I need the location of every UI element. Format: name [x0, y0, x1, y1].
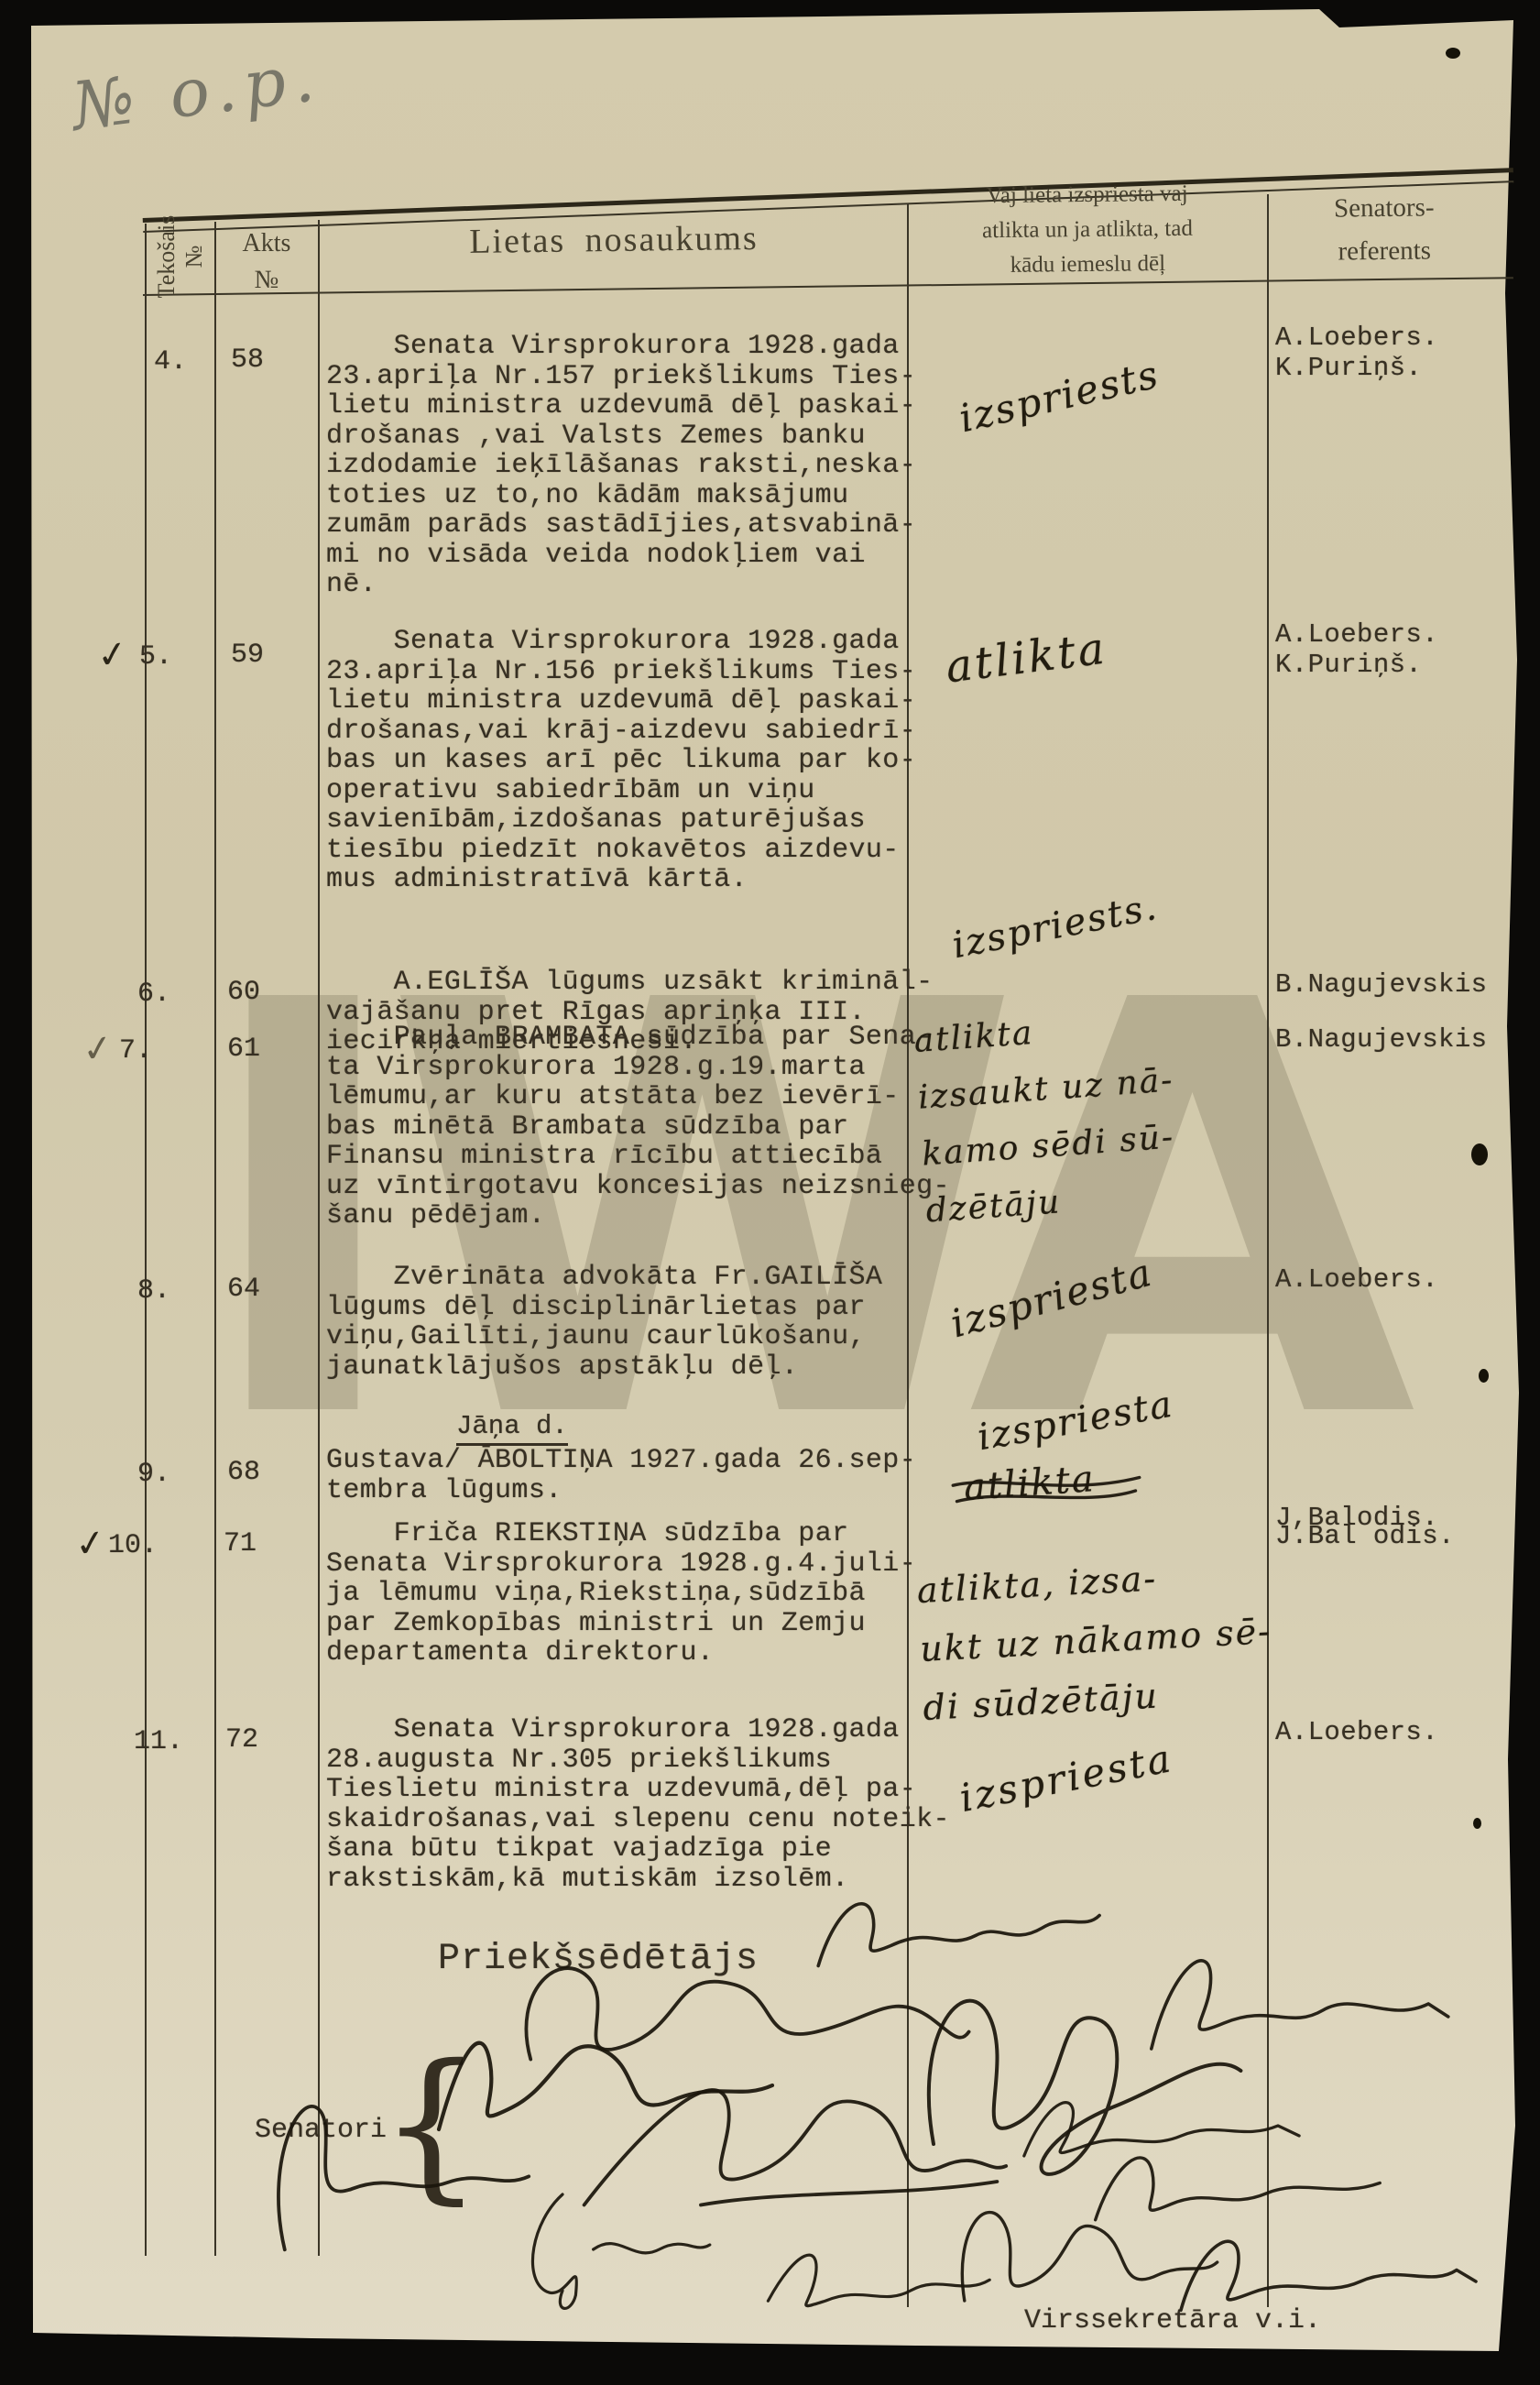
- row-akts-number: 64: [227, 1274, 260, 1305]
- inserted-correction: Jāņa d.: [456, 1411, 568, 1446]
- row-case-description: Pauļa BRAMBATA sūdzība par Sena- ta Virs…: [326, 1023, 950, 1231]
- row-current-number: 8.: [137, 1275, 170, 1307]
- row-current-number: 4.: [154, 346, 187, 377]
- row-case-description: Zvērināta advokāta Fr.GAILĪŠA lūgums dēļ…: [326, 1263, 882, 1382]
- row-case-description: Senata Virsprokurora 1928.gada 23.apriļa…: [326, 332, 916, 600]
- table-left-border: [145, 224, 147, 2256]
- row-current-number: 6.: [137, 979, 170, 1010]
- row-case-description: Gustava/ ĀBOLTIŅA 1927.gada 26.sep- temb…: [326, 1446, 916, 1505]
- row-akts-number: 58: [231, 345, 264, 376]
- row-akts-number: 61: [227, 1034, 260, 1065]
- row-status-handwritten: atlikta: [943, 622, 1109, 693]
- row-senator-referent: B.Nagujevskis: [1275, 969, 1487, 1000]
- signature-purins: [1125, 1933, 1455, 2062]
- row-akts-number: 59: [231, 640, 264, 671]
- header-separator-rule: [143, 277, 1513, 296]
- scanned-register-page: № o.p. IWA Tekošais № Akts № Lietas nosa…: [0, 0, 1540, 2385]
- checkmark: ✓: [80, 1026, 116, 1072]
- row-senator-referent: A.Loebers. K.Puriņš.: [1275, 323, 1438, 383]
- row-status-handwritten: atlikta izsaukt uz nā- kamo sēdi sū- dzē…: [912, 996, 1184, 1241]
- checkmark: ✓: [94, 632, 131, 678]
- signature-gubens: [1162, 2213, 1482, 2327]
- row-akts-number: 71: [224, 1528, 257, 1559]
- header-senator-referent: Senators- referents: [1270, 186, 1500, 275]
- row-current-number: 5.: [139, 641, 172, 673]
- content-layer: № o.p. IWA Tekošais № Akts № Lietas nosa…: [0, 0, 1540, 2385]
- row-case-description: Senata Virsprokurora 1928.gada 28.august…: [326, 1715, 950, 1894]
- col-divider-akts-case: [318, 220, 320, 2256]
- signature-zelles: [497, 2181, 716, 2318]
- row-current-number: 9.: [137, 1459, 170, 1490]
- header-current-number: Tekošais №: [153, 188, 208, 325]
- ink-speck: [1479, 1369, 1489, 1383]
- checkmark: ✓: [72, 1521, 109, 1567]
- row-case-description: Senata Virsprokurora 1928.gada 23.apriļa…: [326, 627, 916, 895]
- row-senator-referent: B.Nagujevskis: [1275, 1024, 1487, 1055]
- row-status-handwritten: izspriests: [955, 352, 1163, 442]
- pencil-annotation: № o.p.: [68, 38, 325, 146]
- row-current-number: 11.: [134, 1726, 183, 1757]
- row-current-number: 10.: [108, 1530, 158, 1561]
- row-status-handwritten: izspriesta: [956, 1735, 1176, 1821]
- row-case-description: Friča RIEKSTIŅA sūdzība par Senata Virsp…: [326, 1519, 916, 1668]
- strike-through-scribble: [949, 1464, 1143, 1517]
- row-senator-referent: J.Bal odis.: [1275, 1521, 1455, 1551]
- row-status-handwritten: atlikta, izsa- ukt uz nākamo sē- di sūdz…: [915, 1543, 1276, 1737]
- ink-speck: [1473, 1818, 1481, 1829]
- ink-speck: [1471, 1143, 1488, 1165]
- header-status: Vaj lieta izspriesta vaj atlikta un ja a…: [908, 176, 1266, 284]
- col-divider-current-akts: [214, 222, 216, 2256]
- row-akts-number: 68: [227, 1457, 260, 1488]
- row-akts-number: 60: [227, 977, 260, 1008]
- header-case-title: Lietas nosaukums: [321, 216, 907, 264]
- row-current-number: 7.: [119, 1035, 152, 1067]
- header-akts-number: Akts №: [216, 225, 317, 299]
- signature-senator-left: [203, 2073, 542, 2256]
- row-akts-number: 72: [225, 1724, 258, 1756]
- row-senator-referent: A.Loebers.: [1275, 1717, 1438, 1747]
- row-senator-referent: A.Loebers. K.Puriņš.: [1275, 619, 1438, 680]
- row-senator-referent: A.Loebers.: [1275, 1264, 1438, 1295]
- ink-speck: [1446, 48, 1460, 59]
